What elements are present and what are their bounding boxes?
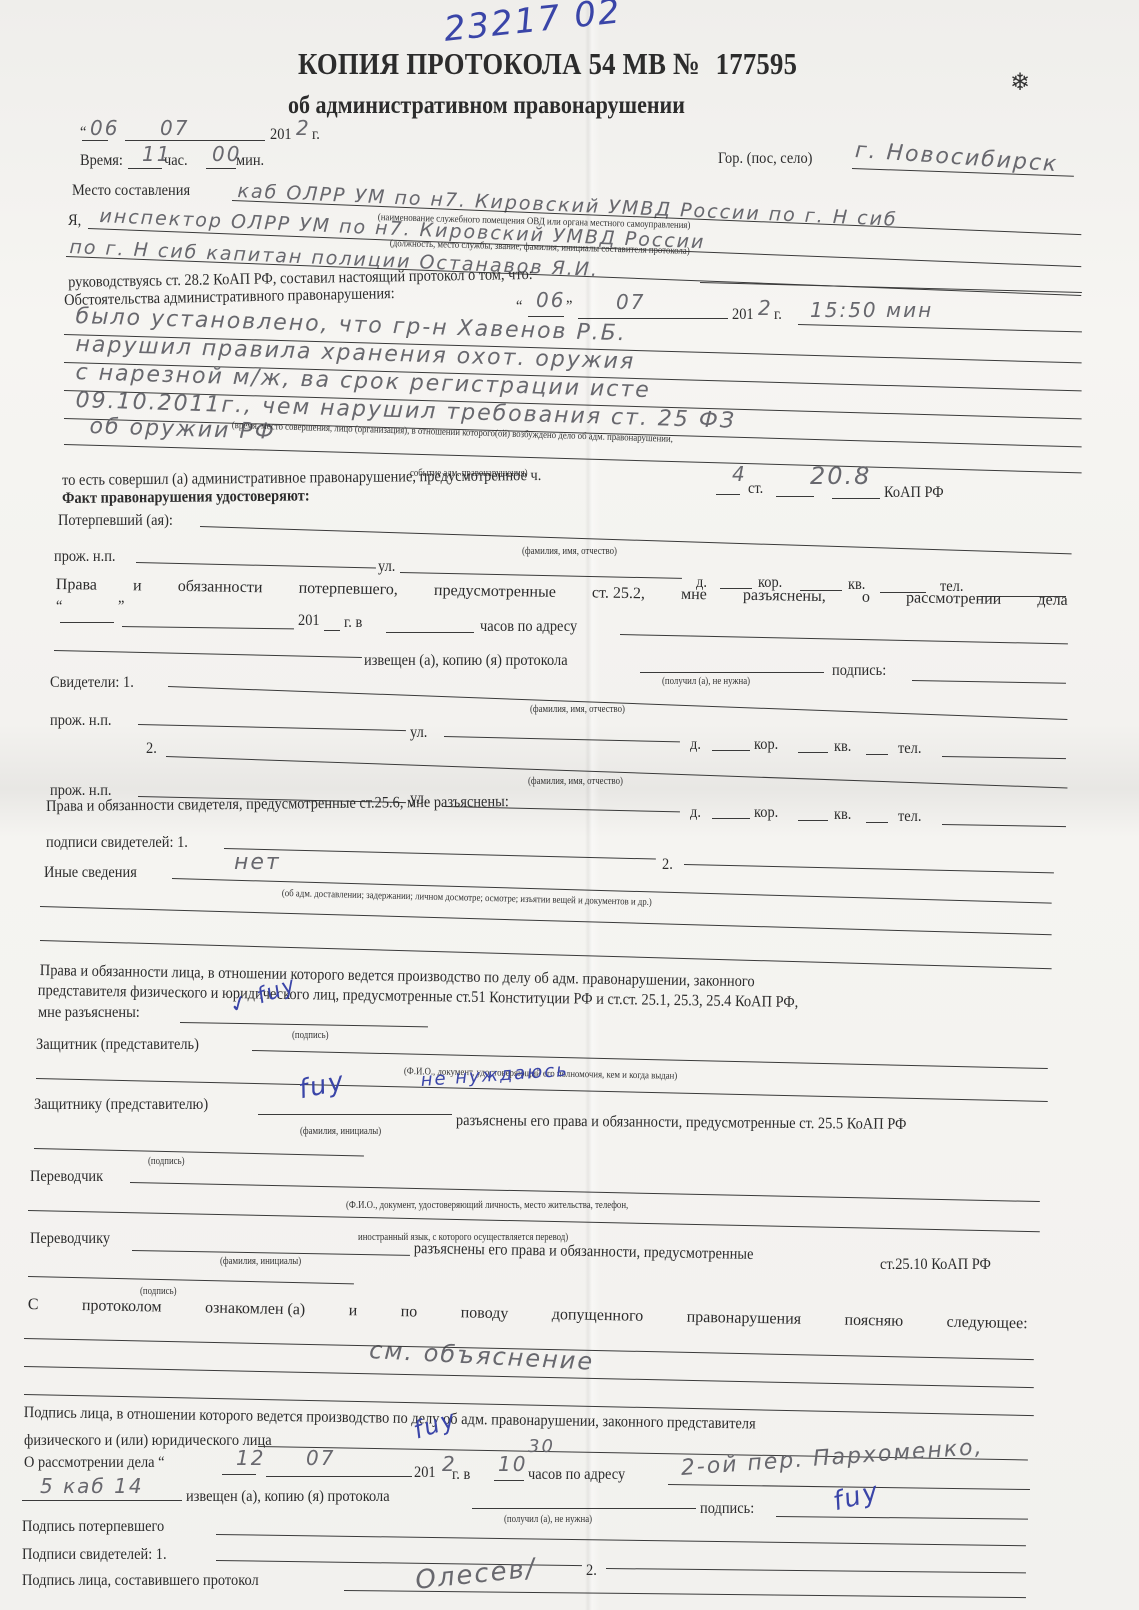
document-page: 23217 02 КОПИЯ ПРОТОКОЛА 54 МВ № 177595 … xyxy=(0,0,1139,1610)
hearing-hours-text: часов по адресу xyxy=(528,1466,625,1484)
victim-name-hint: (фамилия, имя, отчество) xyxy=(522,546,617,557)
victim-signature-final-label: Подпись потерпевшего xyxy=(22,1518,164,1536)
violation-code: КоАП РФ xyxy=(884,484,944,502)
victim-notified-text: извещен (а), копию (я) протокола xyxy=(364,652,568,670)
victim-rights-word-10: дела xyxy=(1037,591,1068,609)
explanation-word-5: поводу xyxy=(460,1304,508,1323)
witness1-name-hint: (фамилия, имя, отчество) xyxy=(530,704,625,715)
victim-received-hint: (получил (а), не нужна) xyxy=(662,676,750,687)
violation-article-label: ст. xyxy=(748,480,763,498)
translator-hint1: (Ф.И.О., документ, удостоверяющий личнос… xyxy=(346,1200,628,1211)
witness-rights-text: Права и обязанности свидетеля, предусмот… xyxy=(46,793,509,816)
victim-rights-word-5: ст. 25.2, xyxy=(592,584,645,603)
final-received-hint: (получил (а), не нужна) xyxy=(504,1514,592,1525)
other-info-hint: (об адм. доставлении; задержании; личном… xyxy=(282,888,652,908)
title-text: КОПИЯ ПРОТОКОЛА xyxy=(298,46,582,81)
circumstances-month: 07 xyxy=(616,290,645,314)
witness1-building-label: кор. xyxy=(754,736,778,754)
witness-signatures-label: подписи свидетелей: 1. xyxy=(46,834,188,852)
circumstances-year-unit: г. xyxy=(774,306,782,324)
explanation-word-1: протоколом xyxy=(82,1297,162,1317)
final-person-signature-2: fuy xyxy=(830,1477,883,1517)
victim-year-unit: г. в xyxy=(344,614,362,632)
hearing-office-handwritten: 5 каб 14 xyxy=(40,1474,144,1498)
victim-rights-line: Праваиобязанностипотерпевшего,предусмотр… xyxy=(56,576,1068,610)
circumstances-quote-open: “ xyxy=(516,298,522,316)
series-text: 54 МВ № xyxy=(589,46,701,81)
explanation-word-8: поясняю xyxy=(844,1312,903,1331)
circumstances-quote-close: ” xyxy=(566,298,572,316)
defender-label: Защитник (представитель) xyxy=(36,1036,199,1054)
protocol-number: 177595 xyxy=(716,46,798,81)
date-year-prefix: 201 xyxy=(270,126,292,144)
final-notified-text: извещен (а), копию (я) протокола xyxy=(186,1488,390,1506)
witness2-number: 2. xyxy=(146,740,157,758)
violation-article: 20.8 xyxy=(810,462,871,490)
date-year-suffix: 2 xyxy=(296,116,311,140)
hearing-year-unit: г. в xyxy=(452,1466,470,1484)
translator-signature-hint: (подпись) xyxy=(140,1286,177,1297)
hearing-hour: 10 xyxy=(498,1452,527,1476)
other-info-label: Иные сведения xyxy=(44,864,137,882)
defender-signature: fuy xyxy=(296,1066,348,1105)
circumstances-time: 15:50 мин xyxy=(810,298,933,322)
circumstances-day: 06 xyxy=(536,288,565,312)
final-signature-line2: физического и (или) юридического лица xyxy=(24,1432,272,1450)
final-signature-label: подпись: xyxy=(700,1500,754,1518)
hour-label: час. xyxy=(164,152,188,170)
date-month: 07 xyxy=(160,116,189,140)
date-day: 06 xyxy=(90,116,119,140)
defender-to-hint: (фамилия, инициалы) xyxy=(300,1126,381,1137)
victim-year-prefix: 201 xyxy=(298,612,320,630)
author-label: Я, xyxy=(68,212,81,230)
person-rights-line3: мне разъяснены: xyxy=(38,1004,140,1022)
victim-rights-word-2: обязанности xyxy=(178,578,263,597)
witness1-apt-label: кв. xyxy=(834,738,851,756)
defender-signature-hint: (подпись) xyxy=(148,1156,185,1167)
snowflake-icon: ❄ xyxy=(1010,68,1030,97)
circumstances-year-suffix: 2 xyxy=(758,296,773,320)
victim-rights-word-0: Права xyxy=(56,576,97,595)
witness2-name-hint: (фамилия, имя, отчество) xyxy=(528,776,623,787)
date-year-unit: г. xyxy=(312,126,320,144)
victim-hours-text: часов по адресу xyxy=(480,618,577,636)
victim-rights-words: Праваиобязанностипотерпевшего,предусмотр… xyxy=(56,576,1068,610)
witness2-phone-label: тел. xyxy=(898,808,921,826)
victim-rights-word-4: предусмотренные xyxy=(434,582,556,602)
witness2-apt-label: кв. xyxy=(834,806,851,824)
witness1-residence-label: прож. н.п. xyxy=(50,712,112,730)
witnesses-signature-final-label: Подписи свидетелей: 1. xyxy=(22,1546,167,1564)
hearing-address-handwritten: 2-ой пер. Пархоменко, xyxy=(680,1435,984,1481)
author-signature-final-label: Подпись лица, составившего протокол xyxy=(22,1572,259,1590)
witness2-building-label: кор. xyxy=(754,804,778,822)
explanation-words: Спротоколомознакомлен (а)ипоповодудопуще… xyxy=(28,1296,1028,1333)
hearing-year-prefix: 201 xyxy=(414,1464,436,1482)
victim-street-label: ул. xyxy=(378,558,395,576)
victim-rights-word-7: разъяснены, xyxy=(743,587,826,606)
hearing-day: 12 xyxy=(236,1446,265,1470)
hearing-month: 07 xyxy=(306,1446,335,1470)
witness-signatures-second: 2. xyxy=(662,856,673,874)
author-signature: Олесев/ xyxy=(414,1553,538,1596)
victim-quote-open: “ xyxy=(56,598,62,616)
victim-signature-label: подпись: xyxy=(832,662,886,680)
hearing-label: О рассмотрении дела “ xyxy=(24,1454,165,1472)
victim-rights-word-1: и xyxy=(133,577,142,595)
facts-label: Факт правонарушения удостоверяют: xyxy=(62,487,310,508)
translator-to-text-end: ст.25.10 КоАП РФ xyxy=(880,1256,991,1274)
translator-to-label: Переводчику xyxy=(30,1230,110,1248)
explanation-word-2: ознакомлен (а) xyxy=(205,1299,305,1319)
witness1-street-label: ул. xyxy=(410,724,427,742)
city-label: Гор. (пос, село) xyxy=(718,150,812,168)
victim-rights-word-8: о xyxy=(862,589,870,607)
defender-to-text: разъяснены его права и обязанности, пред… xyxy=(456,1112,907,1134)
defender-value-handwritten: не нуждаюсь xyxy=(420,1060,569,1091)
witness1-phone-label: тел. xyxy=(898,740,921,758)
circumstances-year-prefix: 201 xyxy=(732,306,754,324)
hearing-minute: 30 xyxy=(528,1436,555,1457)
victim-rights-word-6: мне xyxy=(681,586,707,604)
explanation-value-handwritten: см. объяснение xyxy=(369,1336,595,1376)
explanation-word-7: правонарушения xyxy=(686,1309,801,1329)
defender-to-label: Защитнику (представителю) xyxy=(34,1096,208,1114)
violation-part: 4 xyxy=(732,462,747,486)
victim-label: Потерпевший (ая): xyxy=(58,512,173,530)
victim-rights-word-9: рассмотрении xyxy=(906,589,1001,608)
translator-to-text: разъяснены его права и обязанности, пред… xyxy=(414,1240,754,1264)
victim-residence-label: прож. н.п. xyxy=(54,548,116,566)
minute-label: мин. xyxy=(236,152,264,170)
witness-label: Свидетели: 1. xyxy=(50,674,134,692)
registration-number-handwritten: 23217 02 xyxy=(442,0,623,50)
explanation-word-0: С xyxy=(28,1296,39,1314)
explanation-word-6: допущенного xyxy=(552,1306,644,1326)
explanation-word-9: следующее: xyxy=(946,1314,1027,1334)
document-title: КОПИЯ ПРОТОКОЛА 54 МВ № 177595 xyxy=(298,46,797,82)
final-signature-line1: Подпись лица, в отношении которого ведет… xyxy=(24,1404,756,1433)
explanation-word-4: по xyxy=(400,1303,417,1321)
victim-quote-close: ” xyxy=(118,598,124,616)
witnesses-final-second: 2. xyxy=(586,1562,597,1580)
explanation-line: Спротоколомознакомлен (а)ипоповодудопуще… xyxy=(28,1296,1028,1333)
person-signature-hint: (подпись) xyxy=(292,1030,329,1041)
explanation-word-3: и xyxy=(348,1302,357,1320)
translator-to-hint: (фамилия, инициалы) xyxy=(220,1256,301,1267)
other-info-value: нет xyxy=(234,850,281,875)
witness1-house-label: д. xyxy=(690,736,701,754)
document-subtitle: об административном правонарушении xyxy=(288,92,685,120)
time-label: Время: xyxy=(80,152,123,170)
translator-label: Переводчик xyxy=(30,1168,103,1186)
witness2-house-label: д. xyxy=(690,804,701,822)
victim-rights-word-3: потерпевшего, xyxy=(298,580,398,600)
place-label: Место составления xyxy=(72,182,190,200)
